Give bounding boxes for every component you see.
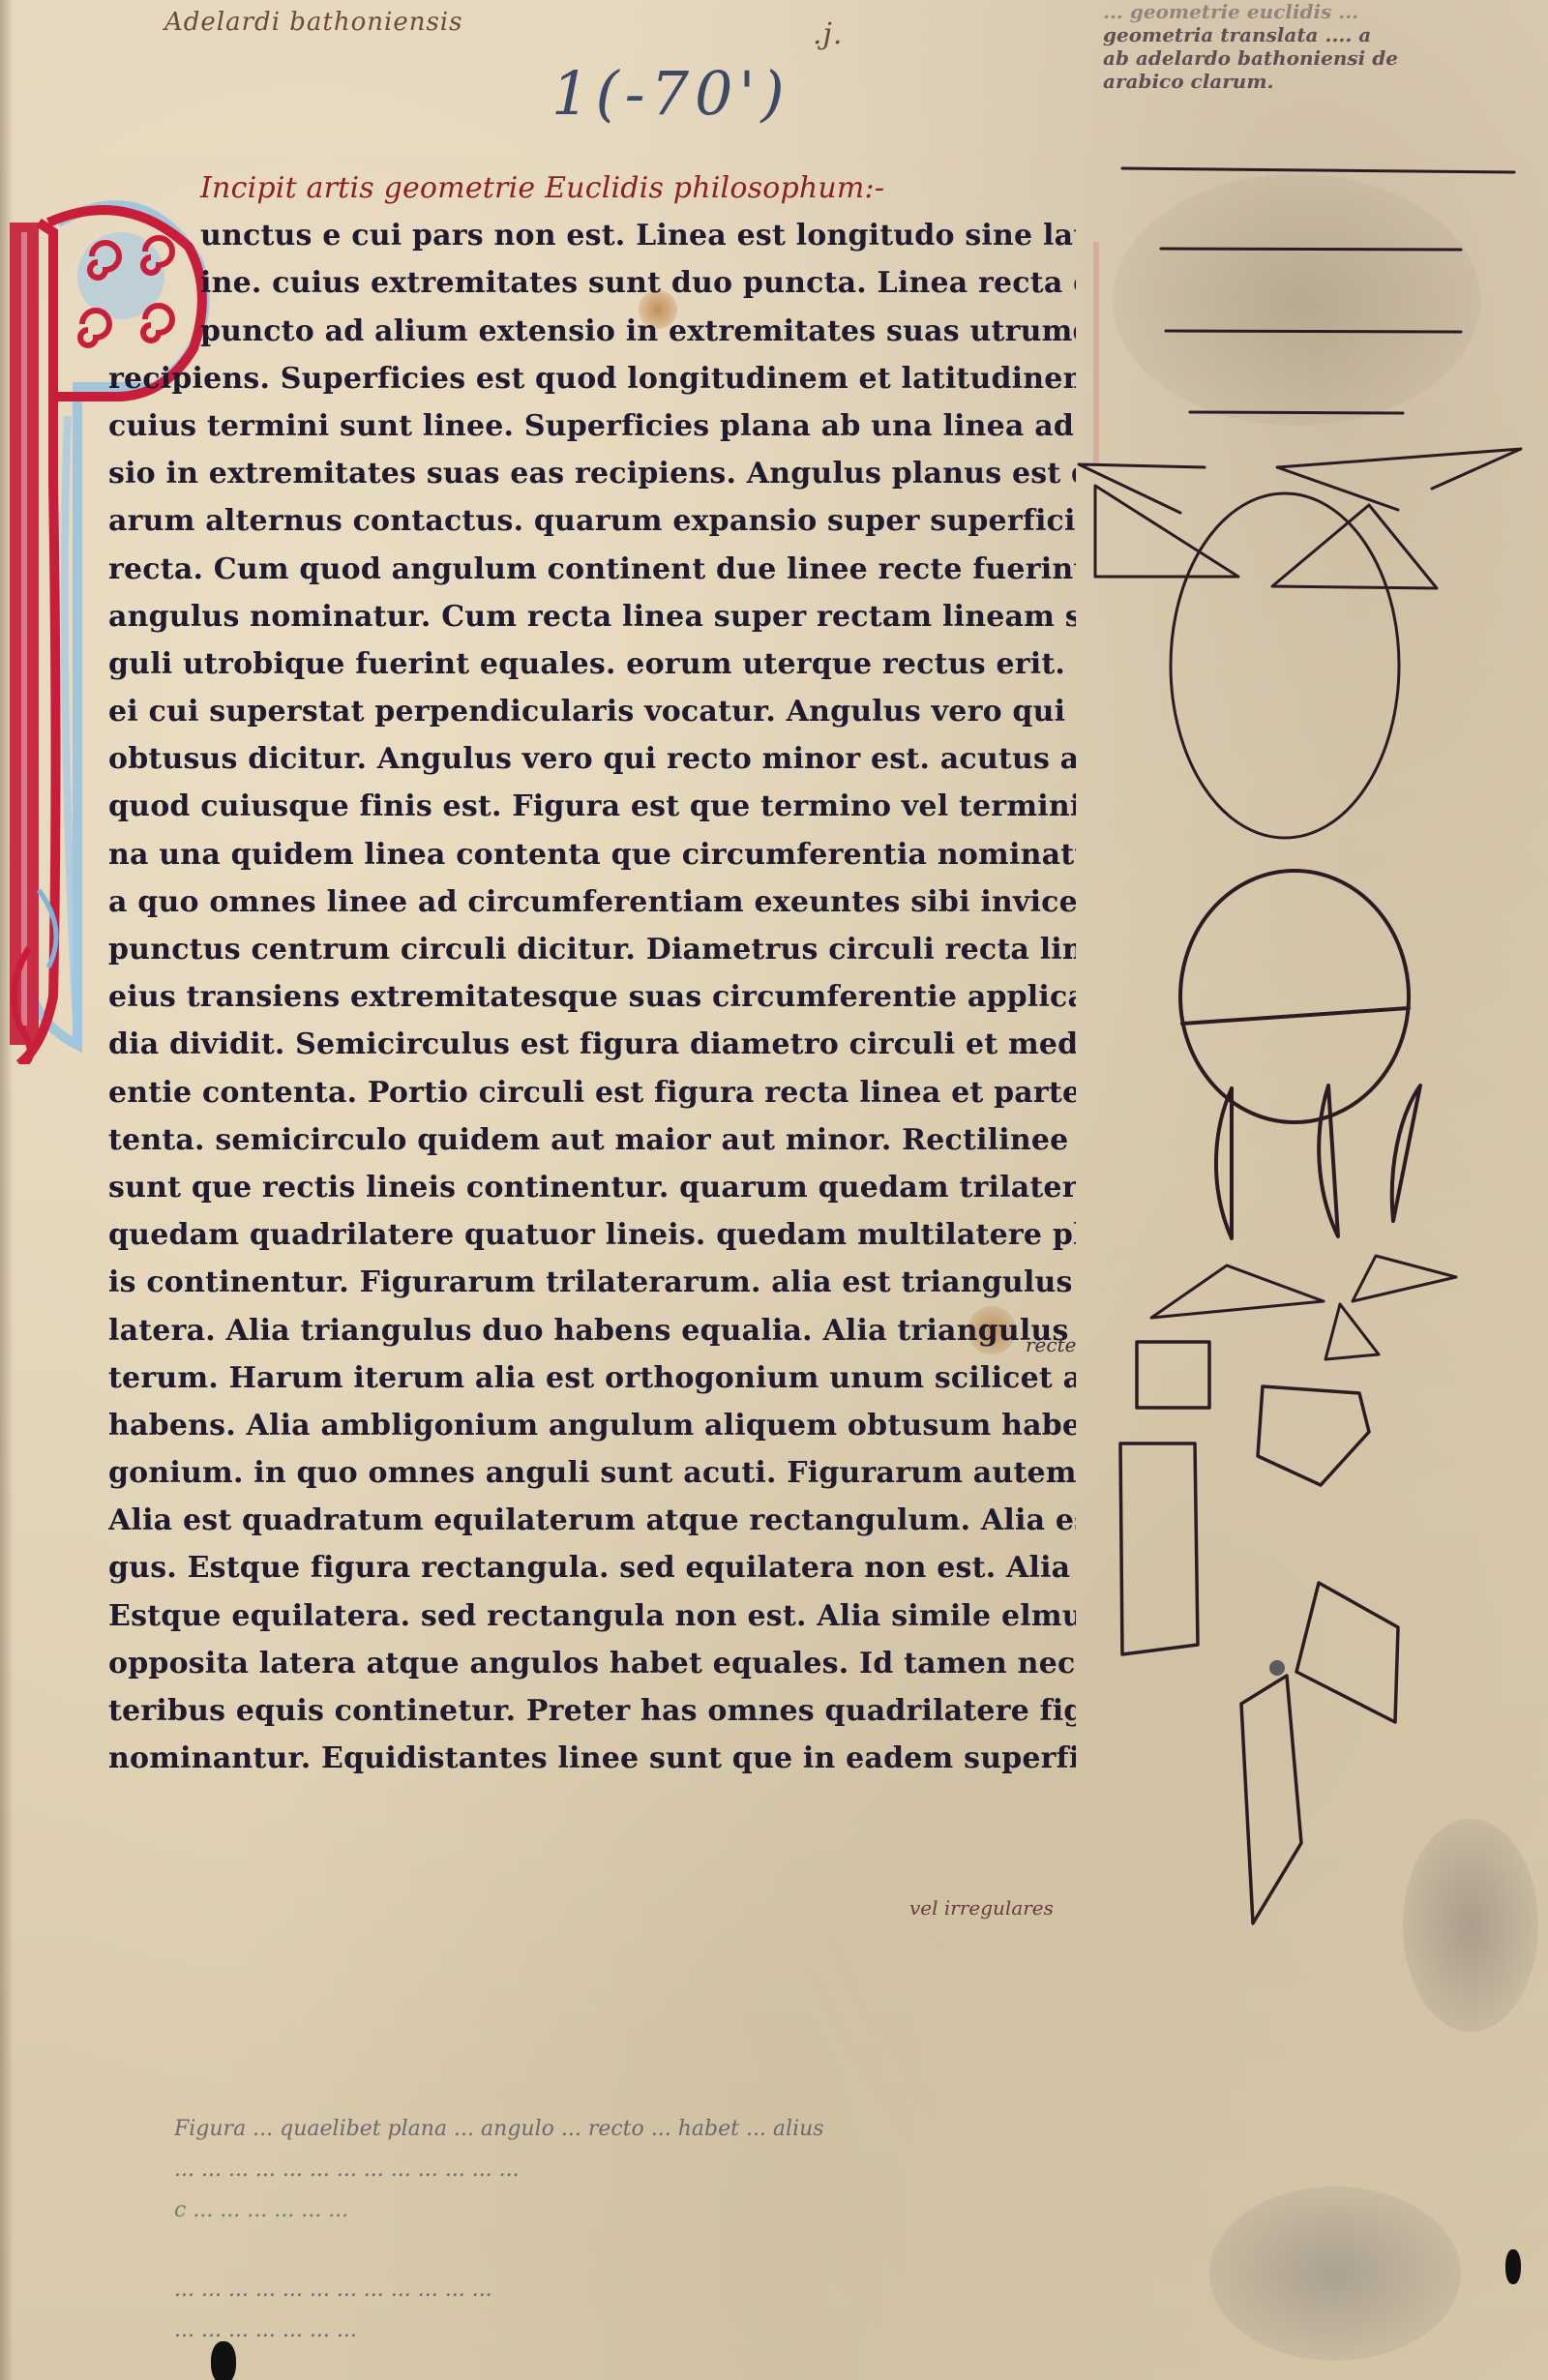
text-line: eius transiens extremitatesque suas circ…: [108, 973, 1076, 1021]
text-line: angulus nominatur. Cum recta linea super…: [108, 593, 1076, 640]
text-line: quedam quadrilatere quatuor lineis. qued…: [108, 1211, 1076, 1259]
square: [1137, 1342, 1209, 1408]
quadrilaterals: [1120, 1342, 1398, 1923]
rhombus: [1296, 1583, 1398, 1722]
rhomboid: [1241, 1676, 1301, 1923]
text-line: dia dividit. Semicirculus est figura dia…: [108, 1021, 1076, 1068]
triangles: [1095, 486, 1437, 588]
circle-with-diameter: [1180, 871, 1409, 1122]
text-line: habens. Alia ambligonium angulum aliquem…: [108, 1402, 1076, 1449]
text-line: opposita latera atque angulos habet equa…: [108, 1640, 1076, 1687]
text-line: latera. Alia triangulus duo habens equal…: [108, 1307, 1076, 1354]
text-line: terum. Harum iterum alia est orthogonium…: [108, 1354, 1076, 1402]
text-line: a quo omnes linee ad circumferentiam exe…: [108, 878, 1076, 926]
text-line: ei cui superstat perpendicularis vocatur…: [108, 688, 1076, 735]
geometric-diagrams: [1064, 145, 1548, 2051]
corner-note-line: ab adelardo bathoniensi de: [1103, 46, 1529, 70]
text-line: sunt que rectis lineis continentur. quar…: [108, 1164, 1076, 1211]
circle: [1171, 493, 1399, 838]
text-line: na una quidem linea contenta que circumf…: [108, 831, 1076, 878]
text-line: punctus centrum circuli dicitur. Diametr…: [108, 926, 1076, 973]
ink-blot: [1505, 2249, 1521, 2284]
author-note: Adelardi bathoniensis: [164, 8, 462, 37]
bottom-margin-notes: Figura ... quaelibet plana ... angulo ..…: [174, 2109, 1509, 2351]
main-text: Incipit artis geometrie Euclidis philoso…: [108, 164, 1076, 1782]
small-triangles: [1151, 1256, 1456, 1359]
note-line: Figura ... quaelibet plana ... angulo ..…: [174, 2109, 1509, 2150]
text-line: sio in extremitates suas eas recipiens. …: [108, 450, 1076, 497]
semicircles: [1216, 1086, 1420, 1238]
text-line: cuius termini sunt linee. Superficies pl…: [108, 402, 1076, 450]
manuscript-page: Adelardi bathoniensis .j. 1(-70') ... ge…: [0, 0, 1548, 2380]
corner-note-line: geometria translata .... a: [1103, 23, 1529, 46]
text-line: guli utrobique fuerint equales. eorum ut…: [108, 640, 1076, 688]
text-line: teribus equis continetur. Preter has omn…: [108, 1687, 1076, 1735]
text-line: entie contenta. Portio circuli est figur…: [108, 1069, 1076, 1116]
rectangle-oblong: [1120, 1443, 1198, 1654]
text-line: Alia est quadratum equilaterum atque rec…: [108, 1497, 1076, 1544]
line-segments: [1122, 168, 1514, 413]
note-line: ... ... ... ... ... ... ... ... ... ... …: [174, 2150, 1509, 2190]
text-line: tenta. semicirculo quidem aut maior aut …: [108, 1116, 1076, 1164]
text-line: unctus e cui pars non est. Linea est lon…: [108, 212, 1076, 259]
note-line: ... ... ... ... ... ... ...: [174, 2310, 1509, 2351]
text-line: arum alternus contactus. quarum expansio…: [108, 497, 1076, 545]
text-line: ine. cuius extremitates sunt duo puncta.…: [108, 259, 1076, 307]
text-line: Estque equilatera. sed rectangula non es…: [108, 1592, 1076, 1640]
text-line: nominantur. Equidistantes linee sunt que…: [108, 1735, 1076, 1782]
corner-note-line: arabico clarum.: [1103, 70, 1529, 93]
text-line: is continentur. Figurarum trilaterarum. …: [108, 1259, 1076, 1306]
text-line: gonium. in quo omnes anguli sunt acuti. …: [108, 1449, 1076, 1497]
text-line: recta. Cum quod angulum continent due li…: [108, 546, 1076, 593]
pentagon-irregular: [1258, 1386, 1369, 1485]
ink-blot: [211, 2341, 236, 2380]
folio-mark: .j.: [813, 17, 843, 51]
corner-note: ... geometrie euclidis ... geometria tra…: [1103, 0, 1529, 93]
text-line: obtusus dicitur. Angulus vero qui recto …: [108, 735, 1076, 783]
text-line: recipiens. Superficies est quod longitud…: [108, 355, 1076, 402]
text-line: quod cuiusque finis est. Figura est que …: [108, 783, 1076, 830]
margin-gloss: vel irregulares: [909, 1896, 1054, 1919]
shelfmark: 1(-70'): [551, 58, 790, 129]
note-line: c ... ... ... ... ... ...: [174, 2190, 1509, 2231]
text-line: gus. Estque figura rectangula. sed equil…: [108, 1544, 1076, 1592]
angles: [1079, 449, 1521, 513]
corner-note-line: ... geometrie euclidis ...: [1103, 0, 1529, 23]
note-line: ... ... ... ... ... ... ... ... ... ... …: [174, 2270, 1509, 2310]
text-line: puncto ad alium extensio in extremitates…: [108, 308, 1076, 355]
rubric-heading: Incipit artis geometrie Euclidis philoso…: [108, 164, 1076, 212]
